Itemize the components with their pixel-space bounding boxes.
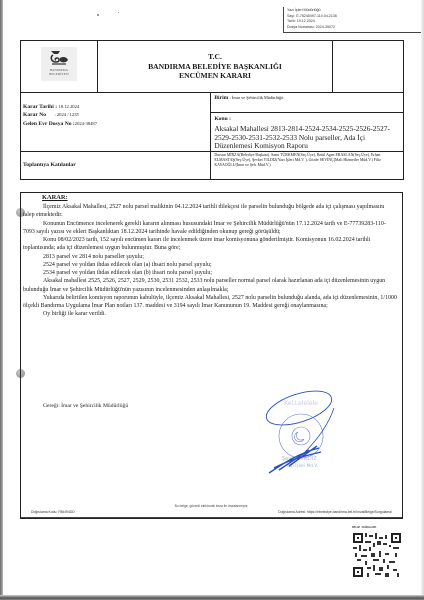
karar-paragraph: İlçemiz Aksakal Mahallesi, 2527 nolu par… <box>23 203 397 220</box>
page-edge-left <box>0 0 3 600</box>
blank-cell <box>333 41 404 93</box>
katilanlar-text: Dursun MİRZA(Belediye Başkanı), Sami TÜR… <box>211 151 404 179</box>
birim-cell: Birim : İmar ve Şehircilik Müdürlüğü <box>211 93 404 113</box>
geregi-line: Gereği: İmar ve Şehircilik Müdürlüğü <box>43 403 128 409</box>
karar-paragraph: Aksakal mahallesi 2525, 2526, 2527, 2529… <box>23 277 397 294</box>
karar-body: İlçemiz Aksakal Mahallesi, 2527 nolu par… <box>23 203 397 319</box>
karar-no-value: : 2024 / 1235 <box>54 112 78 117</box>
karar-paragraph: Yukarıda belirtilen komisyon raporunun k… <box>23 294 397 311</box>
title-cell: T.C. BANDIRMA BELEDİYE BAŞKANLIĞI ENCÜME… <box>98 41 333 93</box>
gelen-evr-value: 2024-38487 <box>75 121 97 126</box>
registry-line: Dosya Numarası: 2024-35072 <box>287 25 421 31</box>
footer-divider <box>21 517 402 518</box>
konu-text: Aksakal Mahallesi 2813-2814-2524-2534-25… <box>214 125 400 151</box>
konu-label: Konu : <box>214 116 400 122</box>
karar-no-label: Karar No <box>23 112 46 118</box>
verification-row: Doğrulama Kodu: F86494DD Doğrulama Adres… <box>31 510 392 514</box>
karar-paragraph: Oy birliği ile karar verildi. <box>23 310 397 318</box>
karar-section: KARAR: İlçemiz Aksakal Mahallesi, 2527 n… <box>20 192 403 519</box>
gelen-evr-label: Gelen Evr Dosya No : <box>23 121 75 127</box>
scan-speck <box>118 12 119 13</box>
logo-text: BELEDİYESİ <box>49 73 68 77</box>
konu-cell: Konu : Aksakal Mahallesi 2813-2814-2524-… <box>211 113 404 152</box>
svg-text:Kel.Lelelele: Kel.Lelelele <box>284 400 318 407</box>
page-edge-bottom <box>0 595 424 600</box>
karar-paragraph: Konunun Encümence incelenerek gerekli ka… <box>23 220 397 237</box>
qr-label: BELGE DOĞRULAMA <box>352 525 376 529</box>
municipality-logo: BANDIRMA BELEDİYESİ <box>41 47 77 81</box>
birim-label: Birim <box>214 95 228 101</box>
karar-paragraph: 2534 parsel ve yoldan ihdas edilecek ola… <box>23 269 397 277</box>
qr-code-icon[interactable] <box>353 533 401 577</box>
ship-logo-icon <box>48 49 70 69</box>
registry-stamp-box: Yazı İşleri Müdürlüğü Sayı: E-78245497-1… <box>283 7 421 33</box>
karar-paragraph: Konu 08/02/2023 tarih, 152 sayılı encüme… <box>23 236 397 253</box>
title-line: BANDIRMA BELEDİYE BAŞKANLIĞI <box>98 62 332 71</box>
title-line: T.C. <box>98 52 332 61</box>
logo-cell: BANDIRMA BELEDİYESİ <box>21 41 98 93</box>
title-line: ENCÜMEN KARARI <box>98 71 332 80</box>
scan-speck <box>97 14 99 16</box>
verification-address-link[interactable]: Doğrulama Adresi: https://ebelediye.band… <box>278 510 392 514</box>
birim-value: : İmar ve Şehircilik Müdürlüğü <box>230 95 284 100</box>
karar-paragraph: 2524 parsel ve yoldan ihdas edilecek ola… <box>23 261 397 269</box>
verification-code: Doğrulama Kodu: F86494DD <box>31 510 75 514</box>
official-seal-signature-icon: Kel.Lelelele Şevket YILDIZ Yazı İşleri M… <box>249 388 349 478</box>
decision-meta: Karar Tarihi : 18.12.2024 Karar No : 202… <box>23 103 97 128</box>
karar-tarihi-value: 18.12.2024 <box>59 104 80 109</box>
karar-tarihi-label: Karar Tarihi : <box>23 104 57 110</box>
karar-title: KARAR: <box>42 194 68 201</box>
header-table: BANDIRMA BELEDİYESİ T.C. BANDIRMA BELEDİ… <box>20 40 404 180</box>
katilanlar-label: Toplantıya Katılanlar <box>21 151 211 179</box>
decision-meta-cell: Karar Tarihi : 18.12.2024 Karar No : 202… <box>21 93 211 152</box>
e-signature-note: Bu belge, güvenli elektronik imza ile im… <box>21 504 402 508</box>
karar-paragraph: 2813 parsel ve 2814 nolu parseller şuyul… <box>23 253 397 261</box>
